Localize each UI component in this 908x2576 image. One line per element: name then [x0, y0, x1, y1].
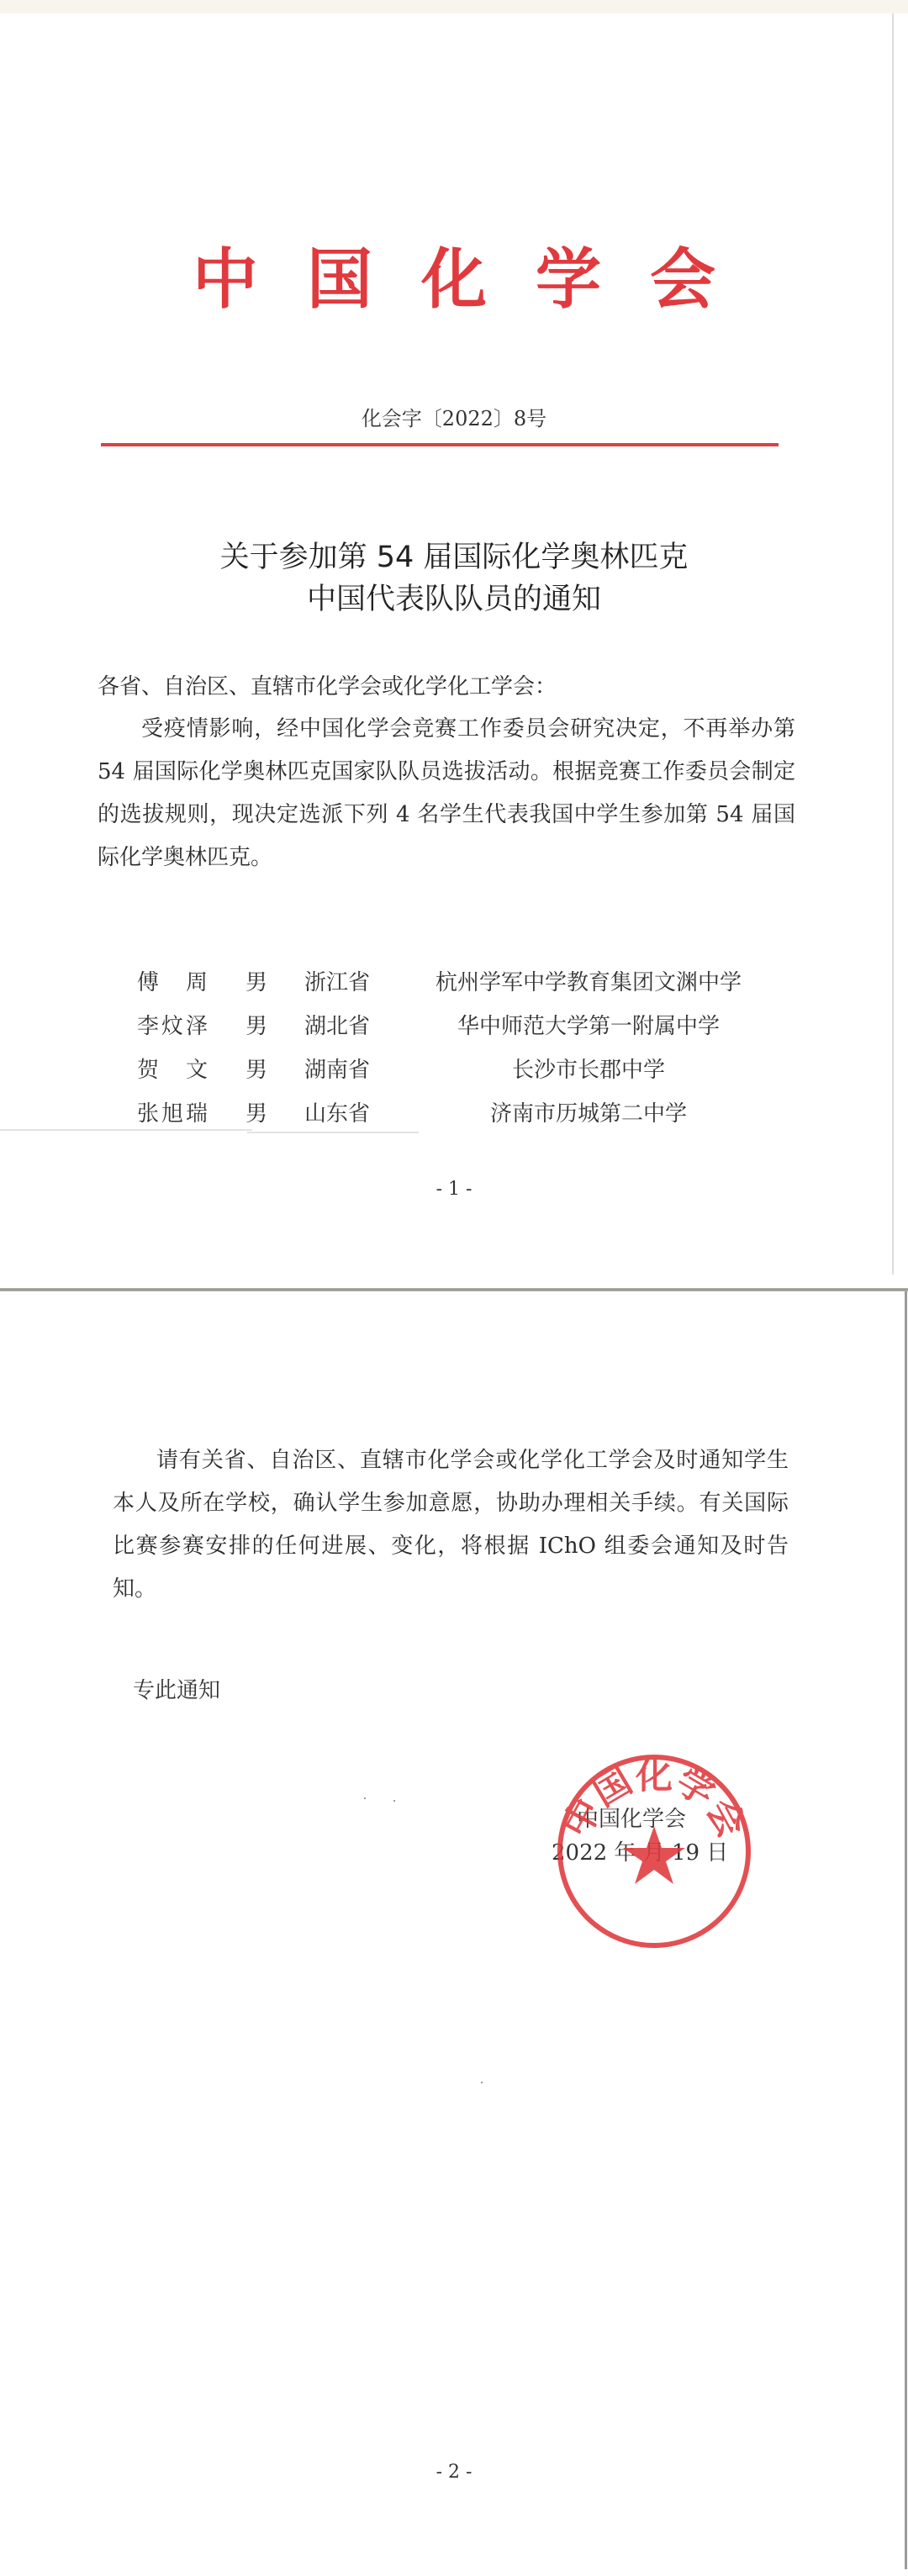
scan-artifact-line [0, 1129, 252, 1131]
document-title: 关于参加第 54 届国际化学奥林匹克 中国代表队队员的通知 [0, 536, 908, 620]
issuer-masthead: 中国化学会 [0, 227, 908, 321]
student-gender: 男 [245, 1009, 267, 1040]
scan-artifact-line [247, 1132, 419, 1133]
page-right-edge [905, 1291, 907, 2569]
closing-remark: 专此通知 [133, 1673, 220, 1704]
student-gender: 男 [245, 1053, 267, 1084]
student-province: 山东省 [304, 1096, 370, 1127]
body-paragraph-1: 受疫情影响，经中国化学会竞赛工作委员会研究决定，不再举办第 54 届国际化学奥林… [98, 708, 795, 879]
student-province: 湖北省 [304, 1009, 370, 1040]
student-gender: 男 [245, 1096, 267, 1127]
student-name: 傅周 [137, 965, 208, 996]
student-gender: 男 [245, 965, 267, 996]
student-province: 浙江省 [304, 965, 370, 996]
body-paragraph-2: 请有关省、自治区、直辖市化学会或化学化工学会及时通知学生本人及所在学校，确认学生… [113, 1439, 789, 1611]
document-page-1: 中国化学会 化会字〔2022〕8号 关于参加第 54 届国际化学奥林匹克 中国代… [0, 0, 908, 1291]
student-row: 傅周 男 浙江省 杭州学军中学教育集团文渊中学 [0, 965, 908, 1009]
title-line-2: 中国代表队队员的通知 [0, 578, 908, 620]
student-name: 李炆泽 [137, 1009, 208, 1040]
student-province: 湖南省 [304, 1053, 370, 1084]
student-school: 杭州学军中学教育集团文渊中学 [395, 965, 782, 996]
page-number-2: - 2 - [0, 2462, 908, 2483]
student-row: 张旭瑞 男 山东省 济南市历城第二中学 [0, 1096, 908, 1140]
official-seal-icon: 中国化学会 [555, 1752, 753, 1950]
student-name: 张旭瑞 [137, 1096, 208, 1127]
page-number-1: - 1 - [0, 1179, 908, 1200]
student-row: 贺文 男 湖南省 长沙市长郡中学 [0, 1053, 908, 1096]
title-line-1: 关于参加第 54 届国际化学奥林匹克 [0, 536, 908, 578]
student-name: 贺文 [137, 1053, 208, 1084]
student-school: 济南市历城第二中学 [395, 1096, 782, 1127]
student-school: 长沙市长郡中学 [395, 1053, 782, 1084]
student-row: 李炆泽 男 湖北省 华中师范大学第一附属中学 [0, 1009, 908, 1053]
salutation: 各省、自治区、直辖市化学会或化学化工学会： [98, 666, 557, 709]
red-divider [101, 443, 779, 446]
student-school: 华中师范大学第一附属中学 [395, 1009, 782, 1040]
document-number: 化会字〔2022〕8号 [0, 402, 908, 431]
scan-top-edge [0, 0, 908, 13]
